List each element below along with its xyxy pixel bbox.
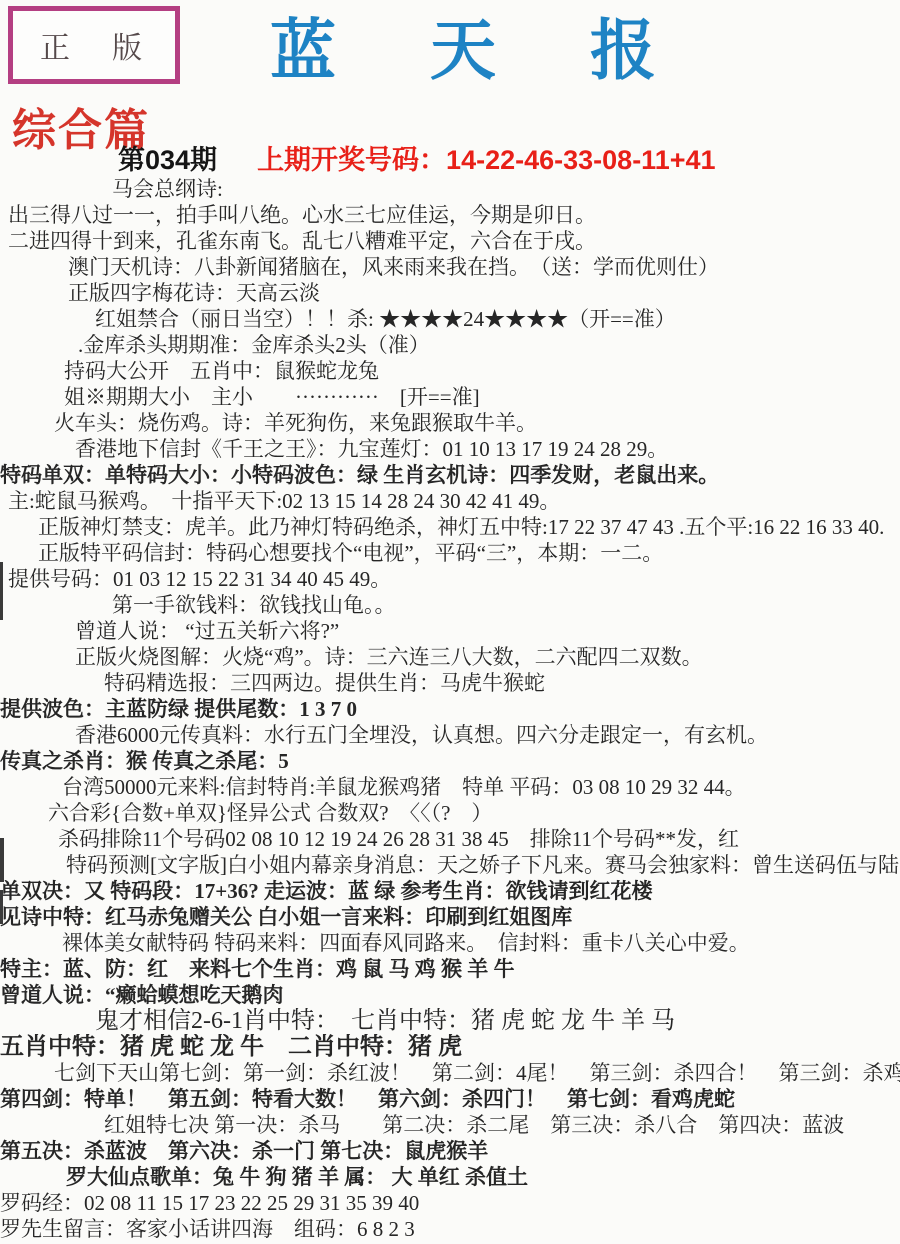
text-line: 特码单双：单特码大小：小特码波色：绿 生肖玄机诗：四季发财，老鼠出来。 bbox=[0, 462, 900, 488]
text-line: 红姐禁合（丽日当空）！！杀: ★★★★24★★★★（开==准） bbox=[0, 306, 900, 332]
text-line: 澳门天机诗：八卦新闻猪脑在，风来雨来我在挡。 （送：学而优则仕） bbox=[0, 254, 900, 280]
text-line: 传真之杀肖：猴 传真之杀尾：5 bbox=[0, 748, 900, 774]
text-line: 火车头：烧伤鸡。诗：羊死狗伤，来兔跟猴取牛羊。 bbox=[0, 410, 900, 436]
text-line: 红姐特七决 第一决：杀马 第二决：杀二尾 第三决：杀八合 第四决：蓝波 bbox=[0, 1112, 900, 1138]
text-line: 持码大公开 五肖中：鼠猴蛇龙兔 bbox=[0, 358, 900, 384]
text-line: 鬼才相信2-6-1肖中特： 七肖中特：猪 虎 蛇 龙 牛 羊 马 bbox=[0, 1008, 900, 1034]
text-line: 正版火烧图解：火烧“鸡”。诗：三六连三八大数，二六配四二双数。 bbox=[0, 644, 900, 670]
text-line: 香港6000元传真料：水行五门全埋没，认真想。四六分走跟定一，有玄机。 bbox=[0, 722, 900, 748]
text-line: 曾道人说： “过五关斩六将?” bbox=[0, 618, 900, 644]
text-line: 六合彩{合数+单双}怪异公式 合数双? 〈〈（? ） bbox=[0, 800, 900, 826]
text-line: 姐※期期大小 主小 ············ [开==准] bbox=[0, 384, 900, 410]
text-line: 提供号码：01 03 12 15 22 31 34 40 45 49。 bbox=[0, 566, 900, 592]
badge-label: 正 版 bbox=[40, 23, 148, 67]
text-line: 出三得八过一一，拍手叫八绝。心水三七应佳运，今期是卯日。 bbox=[0, 202, 900, 228]
scan-artifact bbox=[0, 562, 3, 620]
text-line: 二进四得十到来，孔雀东南飞。乱七八糟难平定，六合在于戌。 bbox=[0, 228, 900, 254]
issue-row: 第034期 上期开奖号码：14-22-46-33-08-11+41 bbox=[118, 138, 716, 177]
text-line: 罗先生留言：客家小话讲四海 组码：6 8 2 3 bbox=[0, 1216, 900, 1242]
text-line: 正版四字梅花诗：天高云淡 bbox=[0, 280, 900, 306]
scan-artifact bbox=[0, 890, 3, 924]
text-line: 第一手欲钱料：欲钱找山龟。。 bbox=[0, 592, 900, 618]
text-line: 见诗中特：红马赤兔赠关公 白小姐一言来料：印刷到红姐图库 bbox=[0, 904, 900, 930]
text-line: 特码预测[文字版]白小姐内幕亲身消息：天之娇子下凡来。赛马会独家料：曾生送码伍与… bbox=[0, 852, 900, 878]
text-line: 特主：蓝、防：红 来料七个生肖：鸡 鼠 马 鸡 猴 羊 牛 bbox=[0, 956, 900, 982]
text-line: .金库杀头期期准：金库杀头2头（准） bbox=[0, 332, 900, 358]
text-line: 五肖中特：猪 虎 蛇 龙 牛 二肖中特：猪 虎 bbox=[0, 1034, 900, 1060]
text-line: 马会总纲诗: bbox=[0, 176, 900, 202]
last-draw-numbers: 上期开奖号码：14-22-46-33-08-11+41 bbox=[257, 138, 715, 177]
text-line: 提供波色：主蓝防绿 提供尾数：1 3 7 0 bbox=[0, 696, 900, 722]
text-line: 罗码经：02 08 11 15 17 23 22 25 29 31 35 39 … bbox=[0, 1190, 900, 1216]
text-line: 第四剑：特单！ 第五剑：特看大数！ 第六剑：杀四门！ 第七剑：看鸡虎蛇 bbox=[0, 1086, 900, 1112]
text-line: 台湾50000元来料:信封特肖:羊鼠龙猴鸡猪 特单 平码：03 08 10 29… bbox=[0, 774, 900, 800]
scan-artifact bbox=[0, 838, 4, 882]
text-line: 正版神灯禁支：虎羊。此乃神灯特码绝杀，神灯五中特:17 22 37 47 43 … bbox=[0, 514, 900, 540]
text-line: 七剑下天山第七剑：第一剑：杀红波！ 第二剑：4尾！ 第三剑：杀四合！ 第三剑：杀… bbox=[0, 1060, 900, 1086]
text-line: 正版特平码信封：特码心想要找个“电视”，平码“三”，本期：一二。 bbox=[0, 540, 900, 566]
text-lines: 马会总纲诗:出三得八过一一，拍手叫八绝。心水三七应佳运，今期是卯日。二进四得十到… bbox=[0, 176, 900, 1242]
page-title: 蓝 天 报 bbox=[150, 12, 790, 92]
text-line: 杀码排除11个号码02 08 10 12 19 24 26 28 31 38 4… bbox=[0, 826, 900, 852]
text-line: 罗大仙点歌单：兔 牛 狗 猪 羊 属： 大 单红 杀值土 bbox=[0, 1164, 900, 1190]
text-line: 曾道人说：“癞蛤蟆想吃天鹅肉 bbox=[0, 982, 900, 1008]
text-line: 单双决：又 特码段：17+36? 走运波：蓝 绿 参考生肖：欲钱请到红花楼 bbox=[0, 878, 900, 904]
text-line: 香港地下信封《千王之王》：九宝莲灯：01 10 13 17 19 24 28 2… bbox=[0, 436, 900, 462]
text-line: 主:蛇鼠马猴鸡。 十指平天下:02 13 15 14 28 24 30 42 4… bbox=[0, 488, 900, 514]
text-line: 第五决：杀蓝波 第六决：杀一门 第七决：鼠虎猴羊 bbox=[0, 1138, 900, 1164]
text-line: 裸体美女献特码 特码来料：四面春风同路来。 信封料：重卡八关心中爱。 bbox=[0, 930, 900, 956]
text-line: 特码精选报：三四两边。提供生肖：马虎牛猴蛇 bbox=[0, 670, 900, 696]
issue-number: 第034期 bbox=[118, 138, 217, 177]
